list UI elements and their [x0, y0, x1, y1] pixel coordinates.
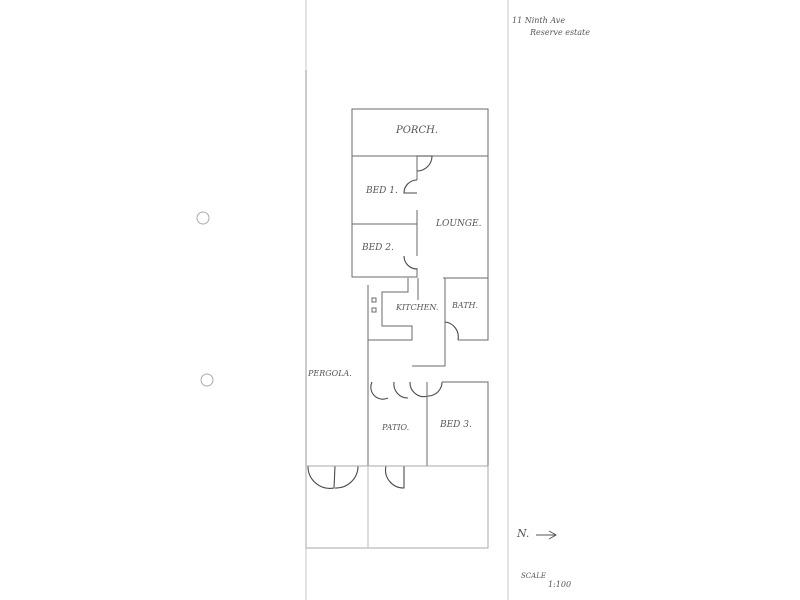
- header-note-line1: 11 Ninth Ave: [512, 16, 565, 25]
- room-label-bed2: BED 2.: [362, 243, 394, 253]
- bath-room: [412, 278, 488, 366]
- header-note-line2: Reserve estate: [530, 28, 590, 37]
- north-label: N.: [517, 527, 529, 540]
- punch-hole-icon: [197, 212, 209, 224]
- room-label-bed1: BED 1.: [366, 186, 398, 196]
- pergola-area: [306, 466, 488, 488]
- scale-label: SCALE: [521, 572, 546, 580]
- north-arrow-icon: [536, 531, 556, 539]
- room-label-bed3: BED 3.: [440, 420, 472, 430]
- floor-plan-drawing: [0, 0, 800, 600]
- room-label-pergola: PERGOLA.: [308, 369, 352, 378]
- scale-value: 1:100: [548, 580, 571, 589]
- kitchen-room: [368, 278, 412, 382]
- room-label-porch: PORCH.: [396, 125, 438, 136]
- room-label-kitchen: KITCHEN.: [396, 303, 438, 312]
- punch-hole-icon: [201, 374, 213, 386]
- rear-yard-outline: [306, 466, 488, 548]
- room-label-patio: PATIO.: [382, 423, 409, 432]
- room-label-bath: BATH.: [452, 301, 478, 310]
- room-label-lounge: LOUNGE.: [436, 219, 481, 229]
